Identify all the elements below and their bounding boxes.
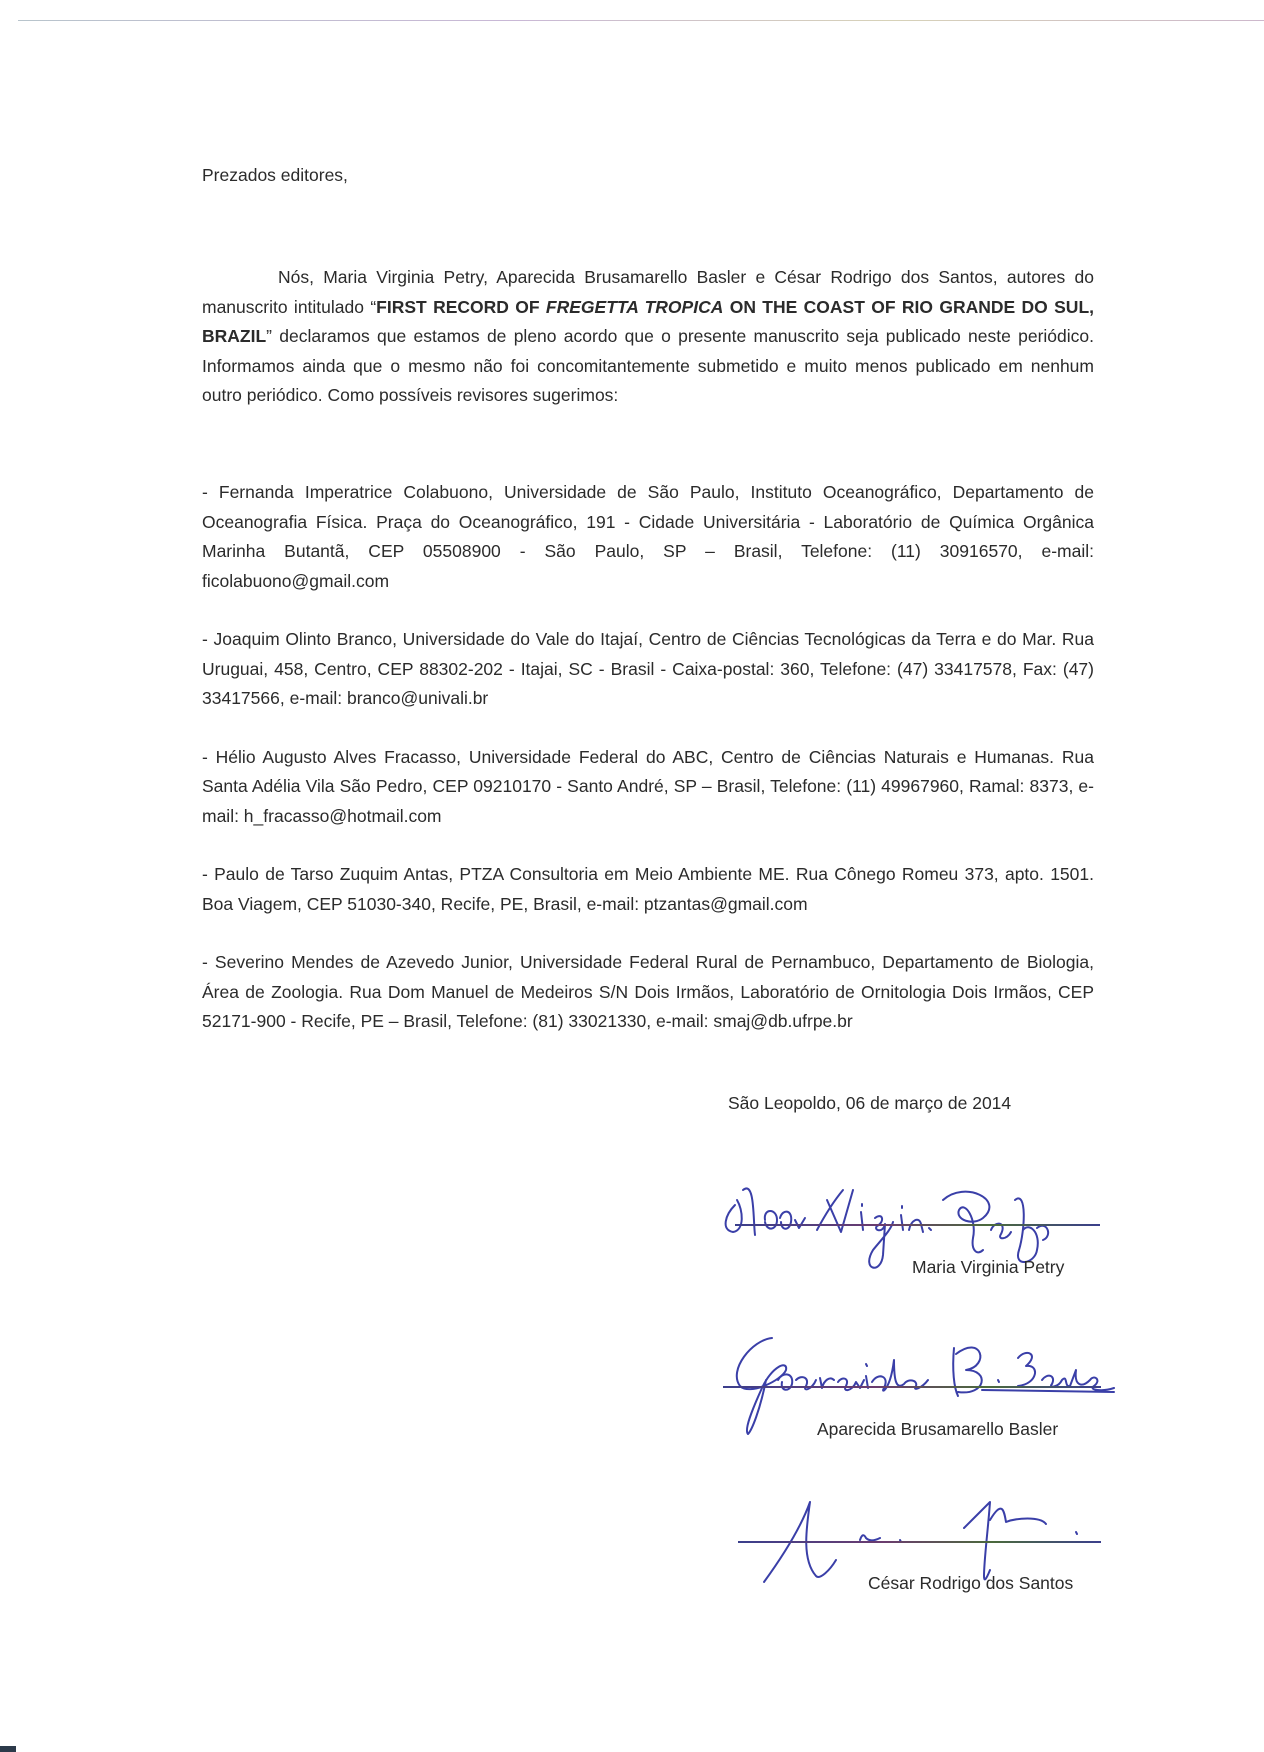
signatory-name: Aparecida Brusamarello Basler bbox=[817, 1419, 1058, 1440]
reviewer-list: - Fernanda Imperatrice Colabuono, Univer… bbox=[202, 478, 1094, 1066]
reviewer-entry: - Paulo de Tarso Zuquim Antas, PTZA Cons… bbox=[202, 860, 1094, 919]
reviewer-entry: - Hélio Augusto Alves Fracasso, Universi… bbox=[202, 743, 1094, 832]
handwritten-signature-icon bbox=[715, 1160, 1155, 1270]
scan-top-rule bbox=[18, 20, 1264, 21]
signatory-name: César Rodrigo dos Santos bbox=[868, 1573, 1073, 1594]
greeting: Prezados editores, bbox=[202, 160, 348, 190]
reviewer-entry: - Severino Mendes de Azevedo Junior, Uni… bbox=[202, 948, 1094, 1037]
scan-edge-mark bbox=[0, 1746, 16, 1752]
signatory-name: Maria Virginia Petry bbox=[912, 1257, 1064, 1278]
signature-line bbox=[738, 1541, 1101, 1543]
intro-after-title: ” declaramos que estamos de pleno acordo… bbox=[202, 326, 1094, 405]
reviewer-entry: - Joaquim Olinto Branco, Universidade do… bbox=[202, 625, 1094, 714]
reviewer-entry: - Fernanda Imperatrice Colabuono, Univer… bbox=[202, 478, 1094, 596]
place-date: São Leopoldo, 06 de março de 2014 bbox=[728, 1093, 1011, 1114]
intro-paragraph: Nós, Maria Virginia Petry, Aparecida Bru… bbox=[202, 263, 1094, 411]
species-name: FREGETTA TROPICA bbox=[546, 297, 723, 317]
signature-line bbox=[735, 1224, 1100, 1226]
signature-line bbox=[723, 1386, 1101, 1388]
